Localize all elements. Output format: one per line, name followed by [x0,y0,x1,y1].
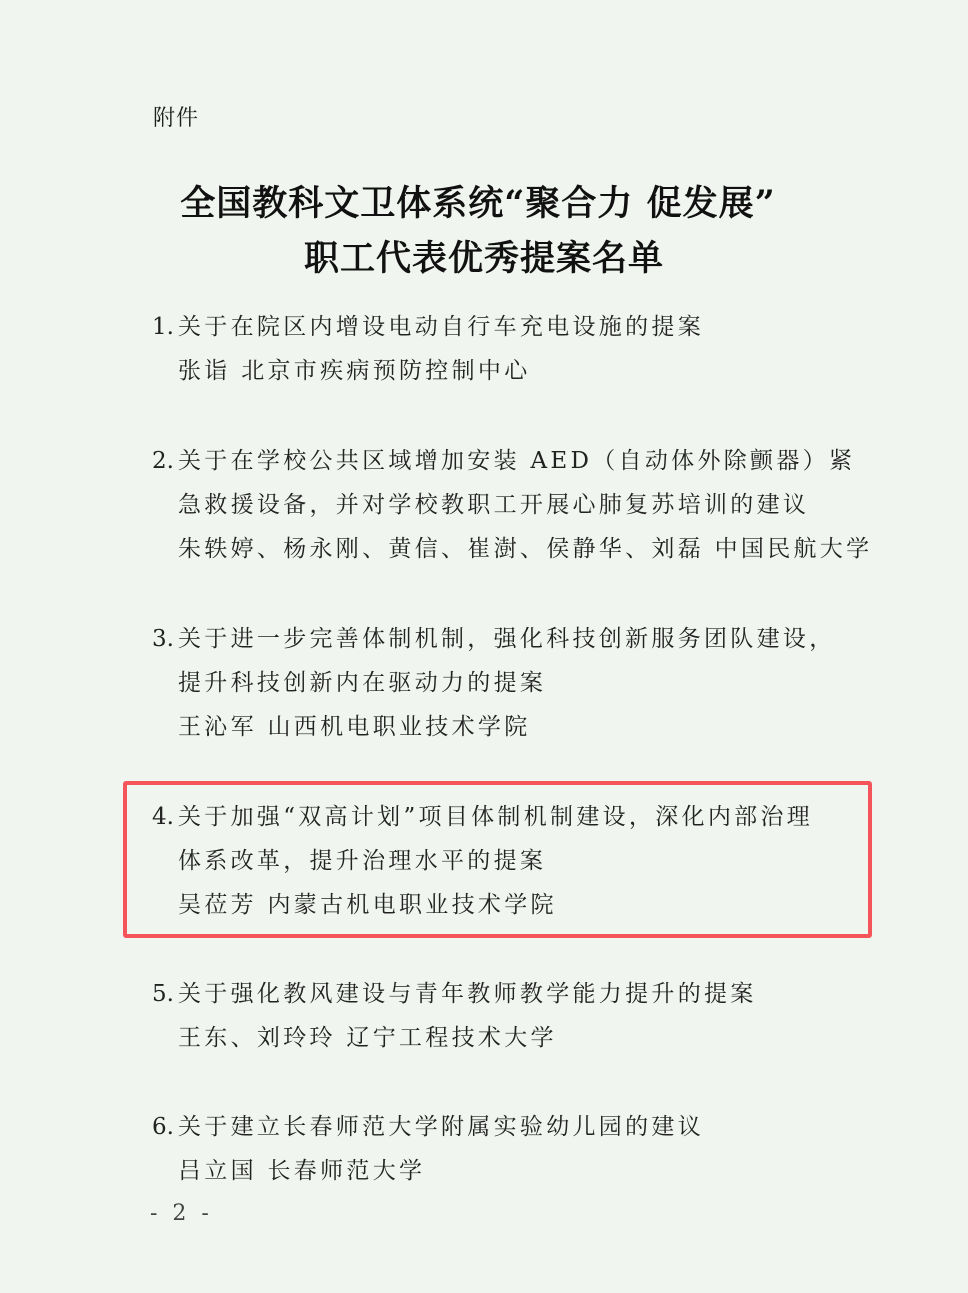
proposal-title-continued: 体系改革，提升治理水平的提案 [152,839,872,883]
proposal-authors: 朱轶婷、杨永刚、黄信、崔澍、侯静华、刘磊 中国民航大学 [152,527,872,571]
proposal-title: 关于在学校公共区域增加安装 AED（自动体外除颤器）紧 [178,448,855,474]
proposal-title-line: 5.关于强化教风建设与青年教师教学能力提升的提案 [152,972,872,1016]
proposal-authors: 王东、刘玲玲 辽宁工程技术大学 [152,1016,872,1060]
proposal-item-3: 3.关于进一步完善体制机制，强化科技创新服务团队建设， 提升科技创新内在驱动力的… [152,617,872,749]
proposal-title-line: 2.关于在学校公共区域增加安装 AED（自动体外除颤器）紧 [152,439,872,483]
proposal-authors: 王沁军 山西机电职业技术学院 [152,705,872,749]
proposal-item-1: 1.关于在院区内增设电动自行车充电设施的提案 张诣 北京市疾病预防控制中心 [152,305,872,393]
proposal-title-line: 6.关于建立长春师范大学附属实验幼儿园的建议 [152,1105,872,1149]
proposal-number: 6. [152,1105,178,1149]
proposal-title-continued: 急救援设备，并对学校教职工开展心肺复苏培训的建议 [152,483,872,527]
proposal-title-line: 4.关于加强“双高计划”项目体制机制建设，深化内部治理 [152,795,872,839]
page-number: - 2 - [150,1201,213,1226]
proposal-item-5: 5.关于强化教风建设与青年教师教学能力提升的提案 王东、刘玲玲 辽宁工程技术大学 [152,972,872,1060]
proposal-authors: 吴莅芳 内蒙古机电职业技术学院 [152,883,872,927]
proposal-number: 2. [152,439,178,483]
proposal-number: 3. [152,617,178,661]
proposal-authors: 张诣 北京市疾病预防控制中心 [152,349,872,393]
proposal-title: 关于进一步完善体制机制，强化科技创新服务团队建设， [178,626,836,652]
proposal-title-line: 3.关于进一步完善体制机制，强化科技创新服务团队建设， [152,617,872,661]
proposal-title: 关于建立长春师范大学附属实验幼儿园的建议 [178,1114,704,1140]
proposal-number: 1. [152,305,178,349]
document-title-line-1: 全国教科文卫体系统“聚合力 促发展” [0,176,962,226]
proposal-title: 关于强化教风建设与青年教师教学能力提升的提案 [178,981,757,1007]
proposal-item-4-highlighted: 4.关于加强“双高计划”项目体制机制建设，深化内部治理 体系改革，提升治理水平的… [152,795,872,927]
proposal-item-6: 6.关于建立长春师范大学附属实验幼儿园的建议 吕立国 长春师范大学 [152,1105,872,1193]
proposal-authors: 吕立国 长春师范大学 [152,1149,872,1193]
document-title-line-2: 职工代表优秀提案名单 [0,231,968,281]
proposal-number: 4. [152,795,178,839]
proposal-number: 5. [152,972,178,1016]
proposal-item-2: 2.关于在学校公共区域增加安装 AED（自动体外除颤器）紧 急救援设备，并对学校… [152,439,872,571]
proposal-title-line: 1.关于在院区内增设电动自行车充电设施的提案 [152,305,872,349]
proposal-title: 关于加强“双高计划”项目体制机制建设，深化内部治理 [178,804,813,830]
proposal-title: 关于在院区内增设电动自行车充电设施的提案 [178,314,704,340]
document-page: 附件 全国教科文卫体系统“聚合力 促发展” 职工代表优秀提案名单 1.关于在院区… [0,0,968,1293]
attachment-label: 附件 [153,101,199,132]
proposal-title-continued: 提升科技创新内在驱动力的提案 [152,661,872,705]
